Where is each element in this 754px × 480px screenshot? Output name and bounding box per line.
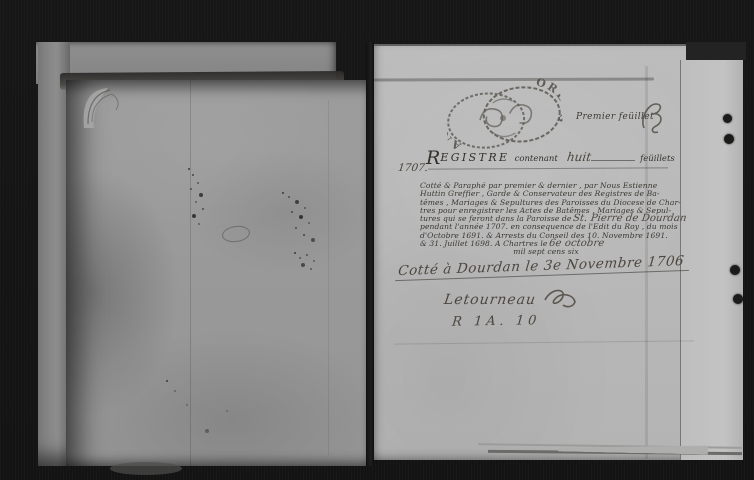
feuillets-label: feüillets — [640, 154, 675, 164]
fill-in-rule — [591, 152, 635, 161]
printed-attestation: Cotté & Paraphé par premier & dernier , … — [420, 182, 672, 257]
ink-speckles — [166, 380, 168, 382]
signature-name: Letourneau — [443, 292, 537, 308]
stamp-text-right: ORLES — [533, 77, 564, 129]
vertical-crease — [328, 100, 329, 455]
handwritten-parish: St. Pierre de Dourdan — [573, 216, 687, 222]
left-blank-cover-page — [66, 80, 368, 466]
signature-paraph-icon — [543, 286, 577, 310]
margin-year: 1707. — [397, 162, 429, 174]
paraph-icon — [638, 100, 666, 136]
svg-text:ORLES: ORLES — [533, 77, 564, 129]
scanned-register-spread: ANS ORLES Premier feüillet REGISTRE cont… — [0, 0, 754, 480]
registre-heading: REGISTRE contenant huit feüillets — [426, 146, 674, 165]
vertical-crease — [190, 80, 191, 466]
registre-caps: EGISTRE — [440, 151, 509, 164]
book-gutter-shadow — [366, 42, 374, 466]
stacked-page-edges — [478, 440, 742, 460]
page-edge-blob — [110, 462, 182, 475]
horizontal-fold-line — [394, 340, 694, 344]
ink-speckles — [282, 192, 284, 194]
corner-shadow — [686, 42, 746, 60]
handwritten-count: huit — [566, 150, 592, 164]
hole-punch — [733, 294, 743, 304]
ring-stain — [221, 224, 251, 244]
ink-speckles — [188, 168, 190, 170]
folded-corner — [78, 84, 136, 134]
signature-row: Letourneau — [444, 286, 577, 310]
contenant-label: contenant — [515, 154, 558, 164]
heading-rule — [428, 167, 668, 169]
hole-punch — [730, 265, 740, 275]
hole-punch — [723, 114, 732, 123]
register-title-page: ANS ORLES Premier feüillet REGISTRE cont… — [374, 44, 742, 460]
shelfmark-note: R 1A. 10 — [451, 313, 541, 330]
handwritten-date: 6e octobre — [549, 241, 605, 247]
ink-speckles — [294, 252, 296, 254]
hole-punch — [724, 134, 734, 144]
